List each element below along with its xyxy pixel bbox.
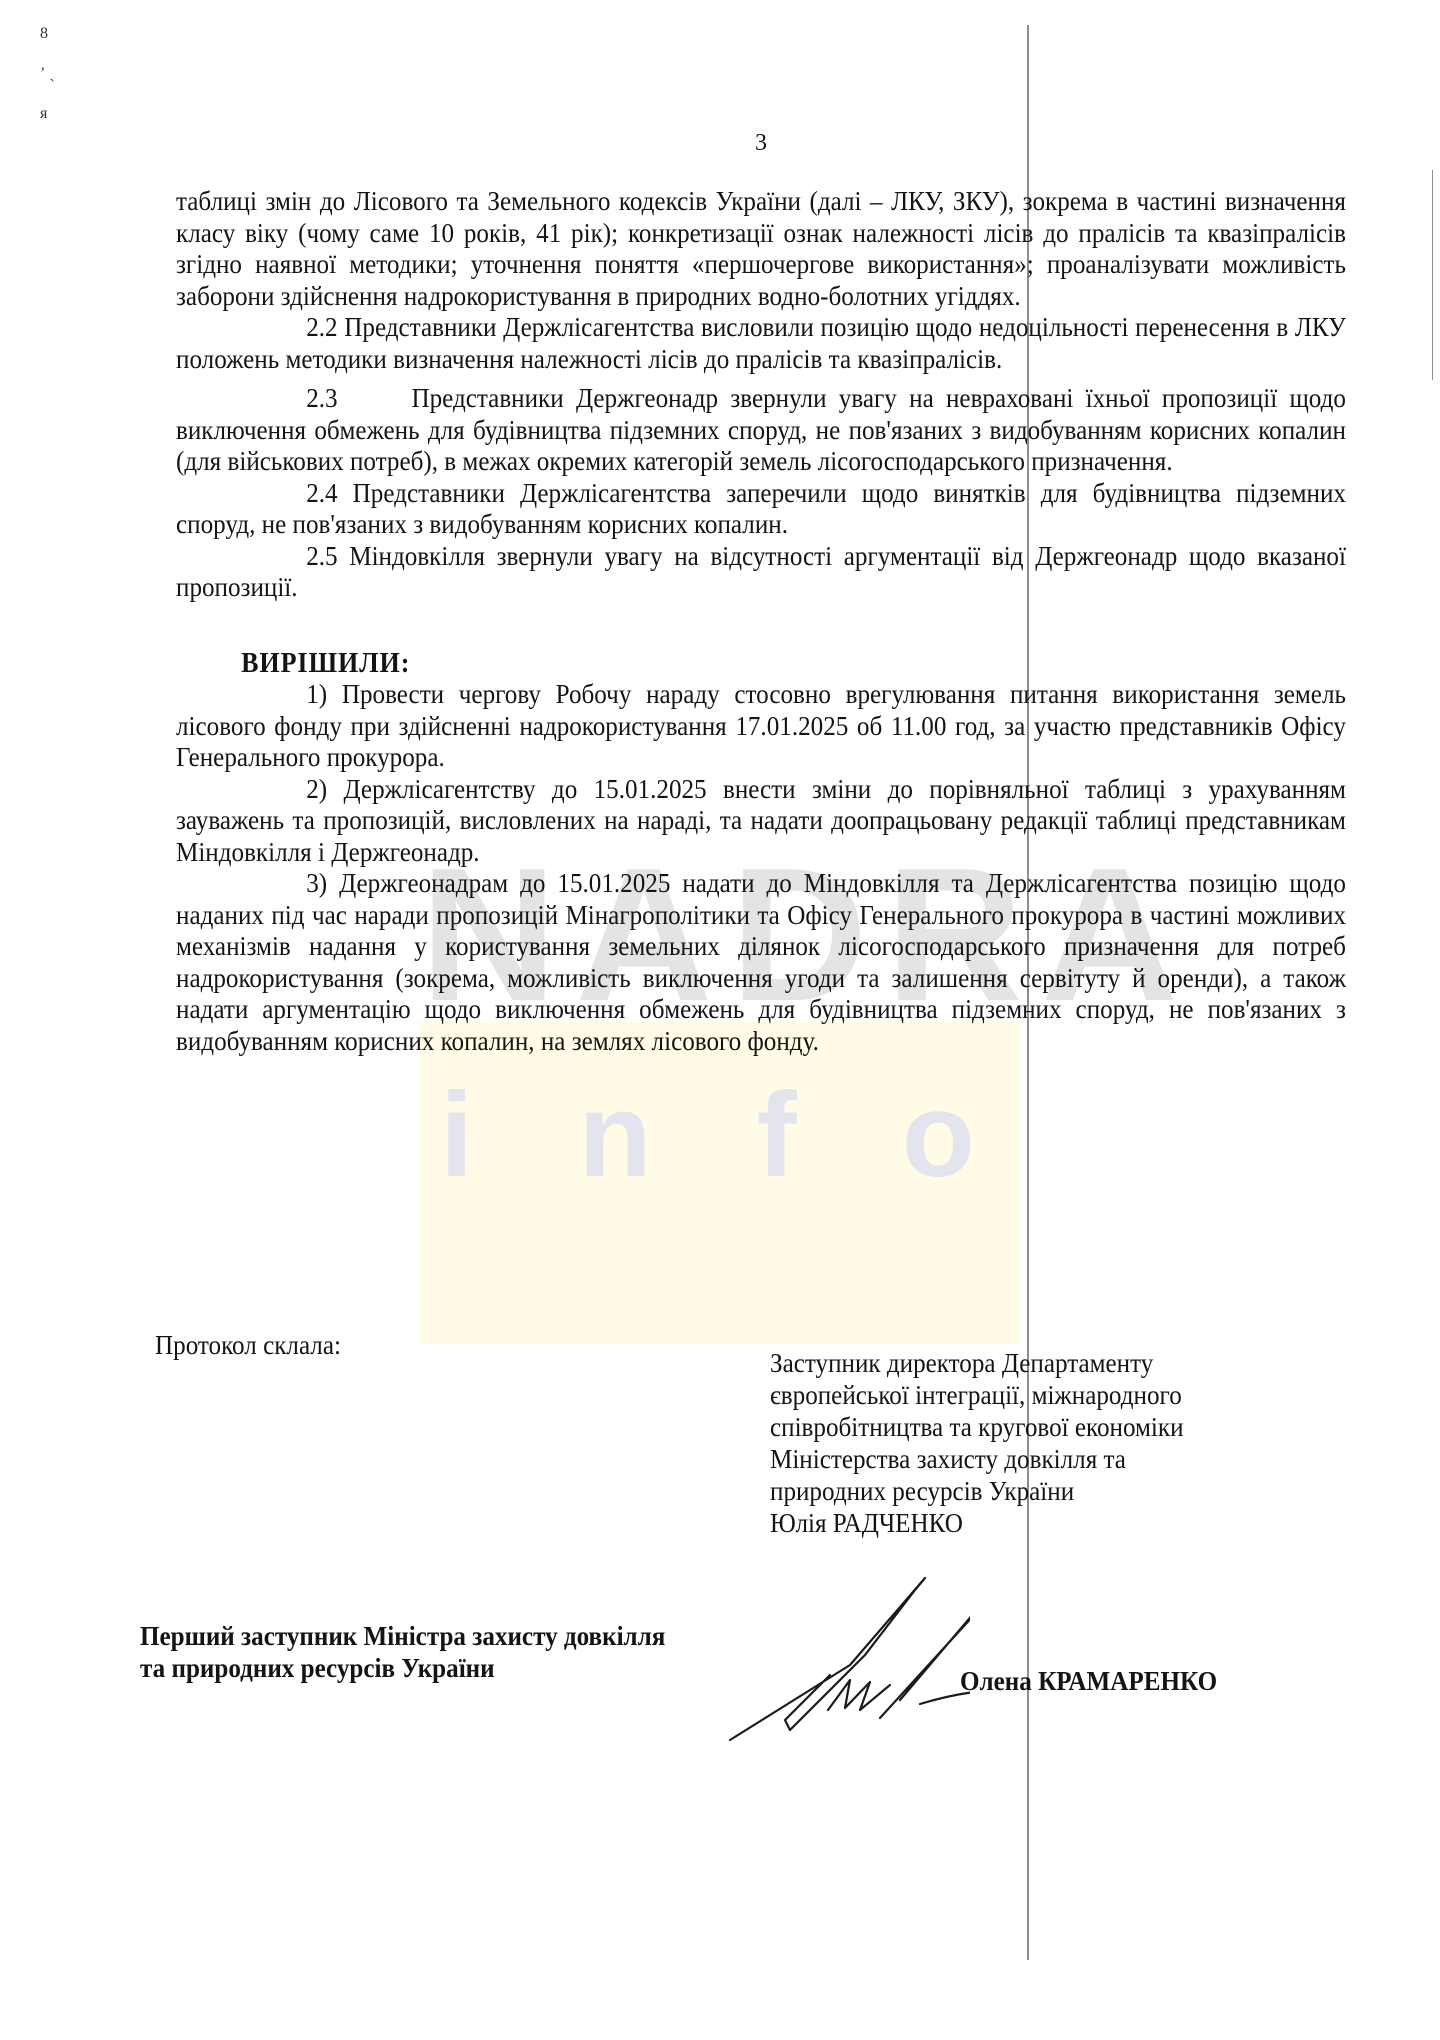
position-line: співробітництва та кругової економіки (770, 1411, 1184, 1443)
position-line: Заступник директора Департаменту (770, 1347, 1184, 1379)
margin-mark: 8 (40, 14, 55, 54)
item-number: 2.5 (241, 541, 337, 573)
signatory-title: Перший заступник Міністра захисту довкіл… (140, 1620, 665, 1684)
item-number: 2.3 (241, 383, 399, 415)
decisions-heading: ВИРІШИЛИ: (241, 648, 1346, 680)
protocol-label: Протокол склала: (155, 1330, 341, 1361)
scan-line-artifact-right (1432, 170, 1433, 380)
margin-mark: я (40, 94, 55, 134)
title-line: та природних ресурсів України (140, 1652, 665, 1684)
item-text: Провести чергову Робочу нараду стосовно … (176, 679, 1346, 772)
item-number: 2.2 (241, 312, 337, 344)
decision-2: 2) Держлісагентству до 15.01.2025 внести… (176, 774, 1346, 869)
item-number: 3) (241, 868, 327, 900)
intro-paragraph: таблиці змін до Лісового та Земельного к… (176, 186, 1346, 312)
item-2-5: 2.5 Міндовкілля звернули увагу на відсут… (176, 541, 1346, 604)
watermark-info: info (440, 1070, 1020, 1200)
margin-mark: ʼ ˏ (40, 54, 55, 94)
decision-1: 1) Провести чергову Робочу нараду стосов… (176, 679, 1346, 774)
item-number: 2) (241, 774, 327, 806)
item-2-2: 2.2 Представники Держлісагентства вислов… (176, 312, 1346, 375)
position-line: природних ресурсів України (770, 1475, 1184, 1507)
item-number: 1) (241, 679, 327, 711)
margin-marks: 8 ʼ ˏ я (40, 14, 55, 134)
handwritten-signature-icon (710, 1570, 970, 1750)
author-name: Юлія РАДЧЕНКО (770, 1507, 1184, 1539)
page-number: 3 (755, 130, 767, 157)
item-2-3: 2.3 Представники Держгеонадр звернули ув… (176, 383, 1346, 478)
position-line: Міністерства захисту довкілля та (770, 1443, 1184, 1475)
document-body: таблиці змін до Лісового та Земельного к… (176, 186, 1346, 1057)
item-number: 2.4 (241, 478, 337, 510)
item-text: Міндовкілля звернули увагу на відсутност… (176, 541, 1346, 603)
item-text: Представники Держлісагентства заперечили… (176, 478, 1346, 540)
item-text: Держгеонадрам до 15.01.2025 надати до Мі… (176, 868, 1346, 1056)
document-page: 8 ʼ ˏ я 3 NADRA info таблиці змін до Ліс… (0, 0, 1440, 2040)
position-line: європейської інтеграції, міжнародного (770, 1379, 1184, 1411)
item-text: Держлісагентству до 15.01.2025 внести зм… (176, 774, 1346, 867)
title-line: Перший заступник Міністра захисту довкіл… (140, 1620, 665, 1652)
signatory-name: Олена КРАМАРЕНКО (960, 1666, 1217, 1697)
decision-3: 3) Держгеонадрам до 15.01.2025 надати до… (176, 868, 1346, 1057)
item-text: Представники Держлісагентства висловили … (176, 312, 1346, 374)
item-2-4: 2.4 Представники Держлісагентства запере… (176, 478, 1346, 541)
protocol-author-block: Заступник директора Департаменту європей… (770, 1347, 1184, 1539)
